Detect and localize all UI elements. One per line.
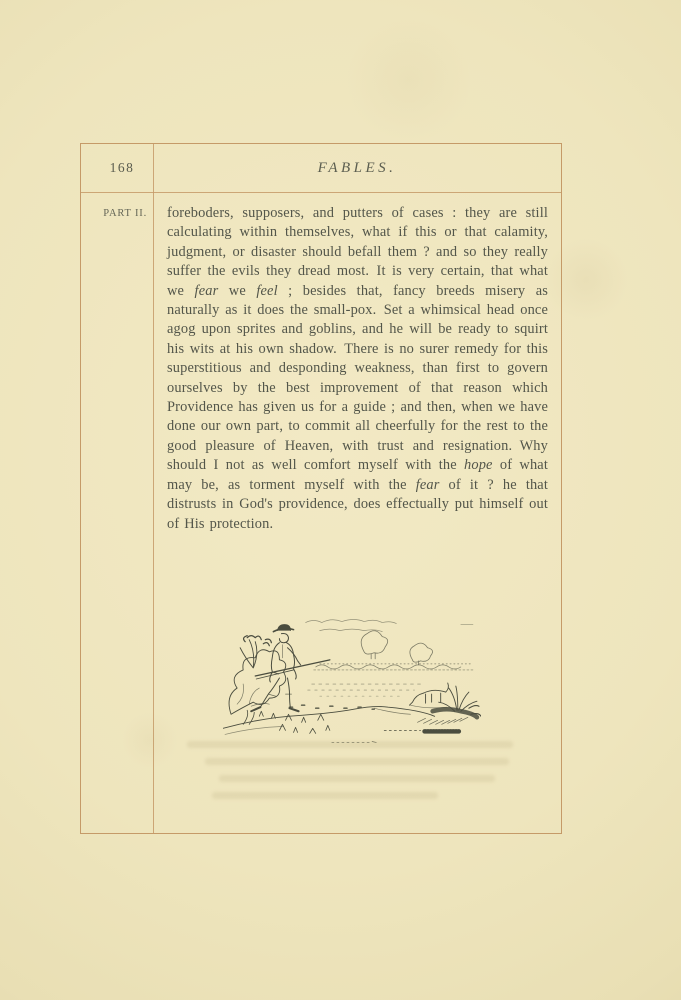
- body-paragraph: foreboders, supposers, and putters of ca…: [167, 204, 548, 534]
- book-page-scan: 168 FABLES. PART II. foreboders, suppose…: [0, 0, 681, 1000]
- running-header-title: FABLES.: [153, 144, 561, 192]
- man-figure: [251, 625, 330, 712]
- vignette-drawing: [223, 611, 481, 749]
- water-hatching: [418, 717, 468, 724]
- part-label: PART II.: [81, 208, 147, 219]
- clouds: [306, 620, 473, 632]
- distant-trees: [361, 631, 432, 665]
- meadow: [308, 684, 421, 696]
- dog: [409, 683, 448, 708]
- page-number: 168: [81, 144, 153, 192]
- page-rule-frame: 168 FABLES. PART II. foreboders, suppose…: [80, 143, 562, 834]
- horizon-shrubs: [314, 664, 475, 670]
- engraving-vignette: [223, 611, 481, 749]
- margin-column-rule: [153, 144, 154, 833]
- show-through-marks: [173, 741, 527, 807]
- dark-tufts: [290, 705, 375, 709]
- header-row-rule: [81, 192, 561, 193]
